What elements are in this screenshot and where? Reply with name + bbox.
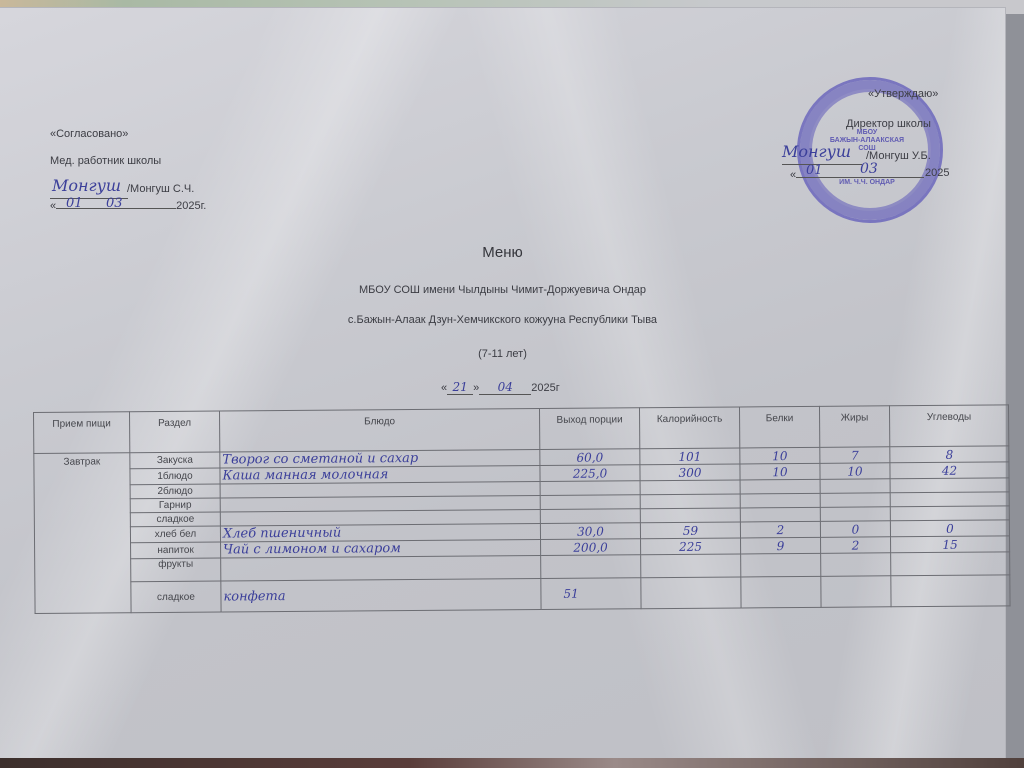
age-group: (7-11 лет) xyxy=(0,348,1005,360)
menu-table: Прием пищи Раздел Блюдо Выход порции Кал… xyxy=(33,404,1011,614)
section-cell: Гарнир xyxy=(130,498,220,513)
approval-left-month: 03 xyxy=(106,196,123,211)
menu-date-year: 2025г xyxy=(531,382,559,394)
fat-cell: 0 xyxy=(820,521,890,538)
dish-cell: конфета xyxy=(221,579,541,613)
calories-cell: 225 xyxy=(641,538,741,555)
portion-cell: 200,0 xyxy=(541,539,641,556)
fat-cell: 7 xyxy=(820,447,890,464)
approval-left-handwritten-signature: Монгуш xyxy=(52,176,121,195)
column-header-portion: Выход порции xyxy=(539,408,639,450)
fat-cell xyxy=(820,493,890,508)
meal-name: Завтрак xyxy=(34,453,131,614)
approval-left-signatory: /Монгуш С.Ч. xyxy=(127,183,194,195)
carbs-cell: 15 xyxy=(891,536,1010,553)
calories-cell: 59 xyxy=(640,522,740,539)
calories-cell xyxy=(640,494,740,509)
calories-cell xyxy=(641,577,741,609)
portion-cell: 51 xyxy=(541,578,641,610)
section-cell: напиток xyxy=(131,542,221,559)
calories-cell: 101 xyxy=(640,448,740,465)
approval-left-position: Мед. работник школы xyxy=(50,155,161,167)
carbs-cell: 42 xyxy=(890,462,1009,479)
carbs-cell: 8 xyxy=(890,446,1009,463)
section-cell: хлеб бел xyxy=(130,526,220,543)
carbs-cell xyxy=(890,506,1009,521)
fat-cell xyxy=(821,576,891,608)
menu-title: Меню xyxy=(0,244,1005,261)
fat-cell xyxy=(821,553,891,577)
portion-cell xyxy=(540,509,640,524)
calories-cell xyxy=(640,508,740,523)
column-header-carbs: Углеводы xyxy=(889,405,1008,447)
column-header-protein: Белки xyxy=(739,406,819,448)
protein-cell: 9 xyxy=(741,537,821,554)
approval-right-year: 2025 xyxy=(925,167,949,179)
calories-cell xyxy=(640,480,740,495)
school-location: с.Бажын-Алаак Дзун-Хемчикского кожууна Р… xyxy=(0,314,1005,326)
carbs-cell xyxy=(891,575,1010,607)
protein-cell xyxy=(740,479,820,494)
column-header-meal: Прием пищи xyxy=(34,412,130,454)
portion-cell xyxy=(541,555,641,579)
column-header-section: Раздел xyxy=(130,411,220,453)
protein-cell xyxy=(740,493,820,508)
portion-cell xyxy=(540,495,640,510)
protein-cell xyxy=(741,553,821,577)
section-cell: 1блюдо xyxy=(130,468,220,485)
protein-cell: 10 xyxy=(740,447,820,464)
approval-right-handwritten-signature: Монгуш xyxy=(782,142,851,161)
carbs-cell xyxy=(891,552,1010,576)
background-bottom xyxy=(0,758,1024,768)
dish-cell xyxy=(221,556,541,582)
column-header-calories: Калорийность xyxy=(639,407,739,449)
portion-cell xyxy=(540,481,640,496)
stamp-line: МБОУ xyxy=(797,129,937,136)
protein-cell xyxy=(741,576,821,608)
carbs-cell: 0 xyxy=(890,520,1009,537)
portion-cell: 30,0 xyxy=(540,523,640,540)
column-header-fat: Жиры xyxy=(819,406,889,448)
approval-left-label: «Согласовано» xyxy=(50,128,128,140)
carbs-cell xyxy=(890,492,1009,507)
fat-cell xyxy=(820,479,890,494)
approval-left-day: 01 xyxy=(66,196,83,211)
menu-date: «21»042025г xyxy=(441,380,560,395)
fat-cell: 2 xyxy=(821,537,891,554)
section-cell: фрукты xyxy=(131,558,221,582)
calories-cell: 300 xyxy=(640,464,740,481)
menu-date-day: 21 xyxy=(452,380,467,394)
approval-right-day: 01 xyxy=(806,163,823,178)
calories-cell xyxy=(641,554,741,578)
fat-cell: 10 xyxy=(820,463,890,480)
column-header-dish: Блюдо xyxy=(219,409,539,453)
approval-right-position: Директор школы xyxy=(846,118,931,130)
portion-cell: 60,0 xyxy=(540,449,640,466)
section-cell: 2блюдо xyxy=(130,484,220,499)
school-name: МБОУ СОШ имени Чылдыны Чимит-Доржуевича … xyxy=(0,284,1005,296)
approval-right-label: «Утверждаю» xyxy=(868,88,938,100)
carbs-cell xyxy=(890,478,1009,493)
protein-cell: 2 xyxy=(740,521,820,538)
section-cell: сладкое xyxy=(130,512,220,527)
menu-date-month: 04 xyxy=(498,380,513,394)
section-cell: сладкое xyxy=(131,581,221,613)
section-cell: Закуска xyxy=(130,452,220,469)
fat-cell xyxy=(820,507,890,522)
portion-cell: 225,0 xyxy=(540,465,640,482)
protein-cell xyxy=(740,507,820,522)
protein-cell: 10 xyxy=(740,463,820,480)
approval-right-month: 03 xyxy=(860,161,878,177)
